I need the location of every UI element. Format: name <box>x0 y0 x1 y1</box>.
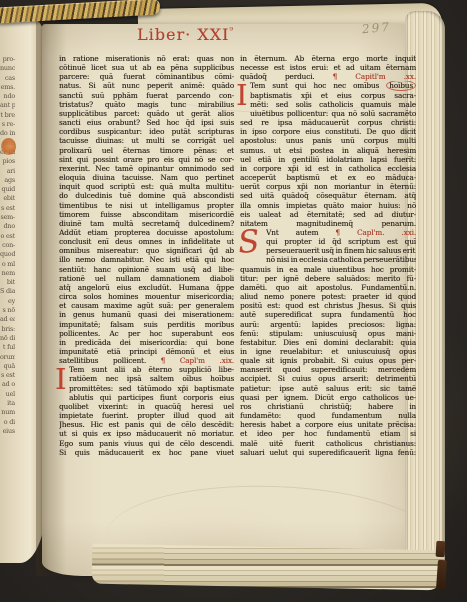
edge-text-fragment: ant p <box>0 101 15 110</box>
text-line: fenū: stipulam: uniuscuiusq̄ opus mani- <box>240 329 416 338</box>
folio-number: 297 <box>361 20 391 36</box>
text-line: Tem sunt alii ab ēterno suppliciō libe- <box>69 365 234 374</box>
text-line: uerūt corpus xp̄i non moriantur in ētern… <box>240 182 416 191</box>
rubric-text: .xix. <box>219 356 234 365</box>
text-line: mēti: sed solis catholicis quamuis male <box>250 100 416 109</box>
text-column-right: in ēternum. Ab ēterna ergo morte inquitn… <box>240 54 416 457</box>
edge-text-fragment: uel <box>0 390 15 399</box>
edge-text-fragment: dno <box>0 222 15 231</box>
text-line: quasi per ignem. Dicūt ergo catholicos u… <box>240 393 416 402</box>
text-run: Vnt autem <box>266 228 318 237</box>
text-paragraph: SVnt autem ¶ Capl'm. .xxi.qui propter id… <box>240 228 416 457</box>
text-line: parcere: quā fuerat cōminantibus cōmi- <box>59 72 234 81</box>
edge-text-fragment: sem- <box>0 213 15 222</box>
rubric-underlined-text: magnitudinemq̄ penarum. <box>296 219 416 228</box>
edge-text-fragment: pro- <box>0 55 15 64</box>
edge-text-fragment: nō di <box>0 334 15 343</box>
text-line: tacuisse diuinas: ut multi se corrigāt u… <box>59 136 234 145</box>
bottom-page-edges <box>92 544 445 591</box>
edge-text-fragment: ad ea <box>0 315 15 324</box>
running-title: Liber· XXI⁹ <box>137 25 234 44</box>
text-line: ros christianū christūq̄; habere in <box>240 402 416 411</box>
text-line: qui propter id q̄d scriptum est quī <box>266 237 416 246</box>
text-line: impietate fuerint. propter illud quod ai… <box>59 411 234 420</box>
edge-text-fragment: o ml <box>0 260 15 269</box>
text-paragraph: in ratione miserationis nō erat: quas no… <box>59 54 234 365</box>
rubric-text: ¶ Capl'm <box>161 356 205 365</box>
rubric-text: ¶ Capl'm. <box>335 228 384 237</box>
text-line: ratiōem nec ipsā saltem oībus hoībus <box>69 374 234 383</box>
leather-tab-mark <box>436 541 446 591</box>
text-line: do dulcedinis tuē domine quā abscondisti <box>59 191 234 200</box>
text-line: natus. Si aūt nunc peperit animē: quādo <box>59 81 234 90</box>
text-line: in corpore xp̄i id est in catholica eccl… <box>240 164 416 173</box>
text-line: nō nisi in ecclesia catholica perseuerāt… <box>266 255 416 264</box>
edge-text-fragment: ebit <box>0 194 15 203</box>
edge-text-fragment: orum <box>0 353 15 362</box>
drop-cap-initial: S <box>237 228 264 257</box>
manuscript-photo: pro-nunccasems.ndoant pt bres re-do inon… <box>0 0 467 602</box>
headband <box>0 0 160 24</box>
rubric-underlined-text: et ad uitam ēternam <box>333 63 416 72</box>
text-line: Vnt autem ¶ Capl'm. .xxi. <box>266 228 416 237</box>
text-line: malē uitē fuerit catholicus christianus: <box>240 439 416 448</box>
text-line: omnibus misereatur: quo significari q̄d … <box>59 246 234 255</box>
text-line: quamuis in ea male uiuentibus hoc promit… <box>240 265 416 274</box>
text-line: perseuerauerit usq̄ in finem hic saluus … <box>266 246 416 255</box>
text-line: nitatem magnitudinemq̄ penarum. <box>240 219 416 228</box>
text-line: rexerint. Nec tamē opinantur omnimodo se… <box>59 164 234 173</box>
drop-cap-initial: I <box>236 82 247 109</box>
edge-text-fragment: pios <box>0 157 15 166</box>
edge-text-fragment: s nō <box>0 306 15 315</box>
text-line: Addūt etiam propterea docuisse apostolum… <box>59 228 234 237</box>
text-line: aurū: argentū: lapides preciosos: ligna: <box>240 320 416 329</box>
facing-page-initial-fragment <box>1 138 16 155</box>
text-line: prolixarū uel ēternas timore pēnas: et <box>59 146 234 155</box>
text-line: cordibus suspicantur: ideo putāt scriptu… <box>59 127 234 136</box>
edge-text-fragment: s est <box>0 371 15 380</box>
text-line: Jhesus. Hic est panis qui de cēlo descēd… <box>59 420 234 429</box>
text-paragraph: in ēternum. Ab ēterna ergo morte inquitn… <box>240 54 416 81</box>
text-line: impunitatē etiā principi dēmonū et eius <box>59 347 234 356</box>
text-run: necesse est istos erui: <box>240 63 328 72</box>
text-line: quolibet vixerint: in quacūq̄ heresi uel <box>59 402 234 411</box>
text-line: in igne reuelabitur: et uniuscuiusq̄ opu… <box>240 347 416 356</box>
text-line: positū est: quod est christus Jhesus. Si… <box>240 301 416 310</box>
running-title-text: Liber· XXI <box>137 25 229 44</box>
edge-text-fragment: quā <box>0 362 15 371</box>
text-line: inquit quod scriptū est: quā multa multi… <box>59 182 234 191</box>
edge-text-fragment: S dia <box>0 287 15 296</box>
text-line: heresis habet a corpore eius unitate prē… <box>240 420 416 429</box>
text-line: quale sit ignis probabit. Si cuius opus … <box>240 356 416 365</box>
text-line: satellitibus pollicent. ¶ Capl'm .xix. <box>59 356 234 365</box>
text-line: et ideo per hoc fundamentū etiam si <box>240 429 416 438</box>
text-line: ablutis qui participes fiunt corporis ei… <box>69 393 234 402</box>
facing-page-text-fragments: pro-nunccasems.ndoant pt bres re-do inon… <box>0 55 15 436</box>
text-line: impunitatē; falsam suis perditis moribus <box>59 320 234 329</box>
text-line: festabitur. Dies enī domini declarabit: … <box>240 338 416 347</box>
rubric-circled-word: hoībus <box>386 81 416 90</box>
edge-text-fragment: nem <box>0 269 15 278</box>
text-line: circa solos homines mouentur misericordi… <box>59 292 234 301</box>
edge-text-fragment: quod <box>0 250 15 259</box>
text-line: manserit quod superedificauit: mercedem <box>240 365 416 374</box>
edge-text-fragment: t bre <box>0 111 15 120</box>
text-line: quādoq̄ perduci. ¶ Capitl'm .xx. <box>240 72 416 81</box>
text-line: eis ualeat ad ēternitatē; sed ad diutur- <box>240 210 416 219</box>
edge-text-fragment: ita <box>0 399 15 408</box>
edge-text-fragment: t ful <box>0 343 15 352</box>
edge-text-fragment: cas <box>0 74 15 83</box>
text-line: timorem fuisse absconditam misericordiē <box>59 210 234 219</box>
text-line: sed uitā quādoq̄ cōsequātur ēternam. atq… <box>240 191 416 200</box>
text-line: titur: per ignē debere saluādos: merito … <box>240 274 416 283</box>
edge-text-fragment: num <box>0 408 15 417</box>
text-line: conclusit enī deus omnes in infidelitate… <box>59 237 234 246</box>
text-line: sancti eius orabunt? Sed hoc q̄d ipsi su… <box>59 118 234 127</box>
leather-tab-mark-lower <box>436 560 447 591</box>
text-line: apostolus: unus panis unū corpus multi <box>240 136 416 145</box>
text-line: promittētes: sed tātūmodo xp̄i baptismat… <box>69 384 234 393</box>
edge-text-fragment: con- <box>0 241 15 250</box>
text-paragraph: ITem sunt alii ab ēterno suppliciō libe-… <box>59 365 234 457</box>
edge-text-fragment: ags <box>0 176 15 185</box>
edge-text-fragment: eius <box>0 427 15 436</box>
text-line: in ratione miserationis nō erat: quas no… <box>59 54 234 63</box>
text-run: satellitibus pollicent. <box>59 356 146 365</box>
text-line: pollicentes. Ac per hoc superabunt eos <box>59 329 234 338</box>
text-line: atq̄ angelorū eius excludūt. Humana q̄pp… <box>59 283 234 292</box>
text-line: tristatus? quāto magis tunc mirabilius <box>59 100 234 109</box>
edge-text-fragment: ad o <box>0 380 15 389</box>
text-line: in ipso corpore eius constituti. De quo … <box>240 127 416 136</box>
text-line: sed re ipsa māducauerūt corpus christi: <box>240 118 416 127</box>
text-line: Tem sunt qui hoc nec omībus hoībus <box>250 81 416 90</box>
text-run: quādoq̄ perduci. <box>240 72 315 81</box>
text-line: rationē uel nullam damnationem diaboli <box>59 274 234 283</box>
text-paragraph: ITem sunt qui hoc nec omībus hoībusbapti… <box>240 81 416 228</box>
leather-tab-mark-upper <box>436 541 446 557</box>
text-line: cōtinuē licet sua ut ab ea pēna supplici… <box>59 63 234 72</box>
text-line: eloquia diuina tacuisse. Nam quo pertine… <box>59 173 234 182</box>
rubric-text: ¶ Capitl'm <box>333 72 386 81</box>
text-line: illo nemo damnabitur. Nec isti etiā qui … <box>59 255 234 264</box>
text-line: saluari uelut qui superedificauerīt lign… <box>240 448 416 457</box>
text-line: timentibus te nisi ut intelligamus propt… <box>59 201 234 210</box>
edge-text-fragment: s est <box>0 204 15 213</box>
text-line: diuinē tam multā secretamq̄ dulcedinem? <box>59 219 234 228</box>
text-line: sentiūt: hanc opinionē suam usq̄ ad libe… <box>59 265 234 274</box>
rubric-text: .xx. <box>404 72 416 81</box>
edge-text-fragment: ndo <box>0 92 15 101</box>
text-line: sumus. ut etsi postea in aliquā heresim <box>240 146 416 155</box>
text-line: baptismatis xp̄i et eius corpus sacra- <box>250 91 416 100</box>
text-line: sint qui possint orare pro eis qui nō se… <box>59 155 234 164</box>
text-line: fundamēto: quod fundamentum nulla <box>240 411 416 420</box>
text-line: Ego sum panis viuus qui de cēlo descendi… <box>59 439 234 448</box>
text-line: aliud nemo ponere potest: praeter id quo… <box>240 292 416 301</box>
text-run: Tem sunt qui hoc nec omībus <box>250 81 379 90</box>
edge-text-fragment: o di <box>0 418 15 427</box>
text-line: et causam maxime agūt suā: per generalem <box>59 301 234 310</box>
text-line: in genus humanū quasi dei miserationem: <box>59 310 234 319</box>
text-line: ut si quis ex ipso māducauerit nō moriat… <box>59 429 234 438</box>
text-line: illa omnis impietas quāto maior huius: n… <box>240 201 416 210</box>
edge-text-fragment: ey <box>0 297 15 306</box>
edge-text-fragment: bit <box>0 278 15 287</box>
text-column-left: in ratione miserationis nō erat: quas no… <box>59 54 234 457</box>
text-line: uiuētibus pollicentur: qua nō solū sacra… <box>250 109 416 118</box>
edge-text-fragment: o est <box>0 232 15 241</box>
text-line: damēti. quo ait apostolus. Fundamentū.n. <box>240 283 416 292</box>
edge-text-fragment: ems. <box>0 83 15 92</box>
running-title-flourish: ⁹ <box>229 27 234 37</box>
edge-text-fragment: bris: <box>0 325 15 334</box>
edge-text-fragment: ari <box>0 167 15 176</box>
drop-cap-initial: I <box>55 366 66 393</box>
edge-text-fragment: quid <box>0 185 15 194</box>
text-line: acceperūt baptismū et ex eo māduca- <box>240 173 416 182</box>
edge-text-fragment: nunc <box>0 64 15 73</box>
text-line: in predicāda dei misericordia: qui bone <box>59 338 234 347</box>
text-line: autē superedificat supra fundamentū hoc <box>240 310 416 319</box>
text-line: sanctū suū pphām fuerat parcendo con- <box>59 91 234 100</box>
text-line: necesse est istos erui: et ad uitam ēter… <box>240 63 416 72</box>
edge-text-fragment: s re- <box>0 120 15 129</box>
text-line: uel etiā in gentiliū idolatriam lapsi fu… <box>240 155 416 164</box>
rubric-text: .xxi. <box>401 228 416 237</box>
text-line: patietur: ipse autē saluus erit: sic tam… <box>240 384 416 393</box>
text-line: supplicātibus parcet: quādo ut gerāt ali… <box>59 109 234 118</box>
text-line: accipiet. Si cuius opus arserit: detrime… <box>240 374 416 383</box>
text-line: Si quis māducauerit ex hoc pane viuet <box>59 448 234 457</box>
text-line: in ēternum. Ab ēterna ergo morte inquit <box>240 54 416 63</box>
